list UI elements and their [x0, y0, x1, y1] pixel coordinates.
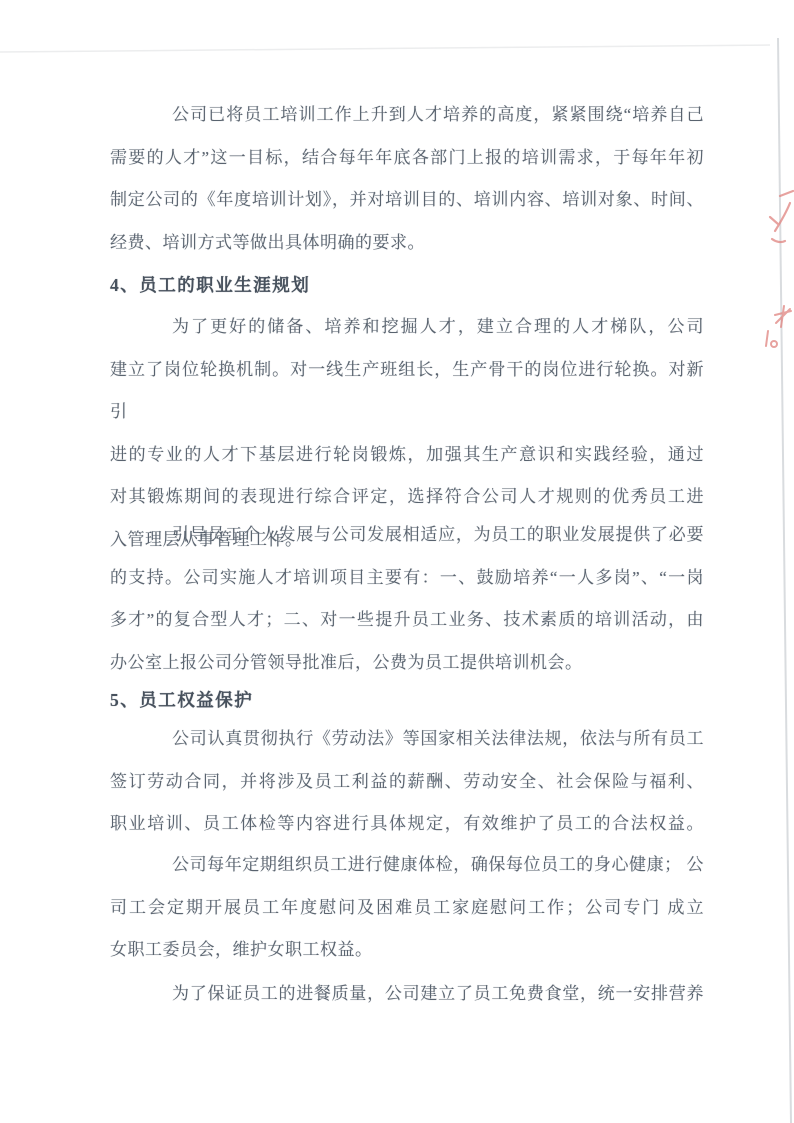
text-line: 建立了岗位轮换机制。对一线生产班组长，生产骨干的岗位进行轮换。对新引: [110, 349, 704, 434]
heading-line: 5、员工权益保护: [110, 679, 704, 722]
text-line: 引导员工个人发展与公司发展相适应，为员工的职业发展提供了必要: [110, 514, 704, 557]
heading-line: 4、员工的职业生涯规划: [110, 264, 704, 307]
text-line: 女职工委员会，维护女职工权益。: [110, 929, 704, 972]
heading-rights-protection: 5、员工权益保护: [110, 679, 704, 722]
text-line: 经费、培训方式等做出具体明确的要求。: [110, 222, 704, 265]
paragraph-labor-law: 公司认真贯彻执行《劳动法》等国家相关法律法规，依法与所有员工签订劳动合同，并将涉…: [110, 718, 704, 846]
text-line: 多才”的复合型人才；二、对一些提升员工业务、技术素质的培训活动，由: [110, 599, 704, 642]
text-line: 为了保证员工的进餐质量，公司建立了员工免费食堂，统一安排营养: [110, 973, 704, 1016]
text-line: 公司认真贯彻执行《劳动法》等国家相关法律法规，依法与所有员工: [110, 718, 704, 761]
text-line: 进的专业的人才下基层进行轮岗锻炼，加强其生产意识和实践经验，通过: [110, 434, 704, 477]
paragraph-career-development: 引导员工个人发展与公司发展相适应，为员工的职业发展提供了必要的支持。公司实施人才…: [110, 514, 704, 684]
text-line: 办公室上报公司分管领导批准后，公费为员工提供培训机会。: [110, 642, 704, 685]
text-line: 对其锻炼期间的表现进行综合评定，选择符合公司人才规则的优秀员工进: [110, 476, 704, 519]
paragraph-training-plan: 公司已将员工培训工作上升到人才培养的高度，紧紧围绕“培养自己需要的人才”这一目标…: [110, 94, 704, 264]
red-pen-mark-upper: [770, 191, 793, 242]
scan-edge-line: [778, 38, 791, 1123]
document-page: 公司已将员工培训工作上升到人才培养的高度，紧紧围绕“培养自己需要的人才”这一目标…: [0, 0, 794, 1123]
red-pen-mark-lower: [766, 306, 791, 347]
scan-crease-line: [0, 45, 770, 52]
text-line: 为了更好的储备、培养和挖掘人才，建立合理的人才梯队，公司: [110, 306, 704, 349]
paragraph-canteen: 为了保证员工的进餐质量，公司建立了员工免费食堂，统一安排营养: [110, 973, 704, 1016]
text-line: 的支持。公司实施人才培训项目主要有：一、鼓励培养“一人多岗”、“一岗: [110, 557, 704, 600]
text-line: 签订劳动合同，并将涉及员工利益的薪酬、劳动安全、社会保险与福利、: [110, 761, 704, 804]
text-line: 公司每年定期组织员工进行健康体检，确保每位员工的身心健康； 公: [110, 844, 704, 887]
text-line: 职业培训、员工体检等内容进行具体规定，有效维护了员工的合法权益。: [110, 803, 704, 846]
text-line: 公司已将员工培训工作上升到人才培养的高度，紧紧围绕“培养自己: [110, 94, 704, 137]
text-line: 司工会定期开展员工年度慰问及困难员工家庭慰问工作；公司专门 成立: [110, 887, 704, 930]
text-line: 需要的人才”这一目标，结合每年年底各部门上报的培训需求，于每年年初: [110, 137, 704, 180]
paragraph-health-welfare: 公司每年定期组织员工进行健康体检，确保每位员工的身心健康； 公司工会定期开展员工…: [110, 844, 704, 972]
text-line: 制定公司的《年度培训计划》，并对培训目的、培训内容、培训对象、时间、: [110, 179, 704, 222]
heading-career-planning: 4、员工的职业生涯规划: [110, 264, 704, 307]
